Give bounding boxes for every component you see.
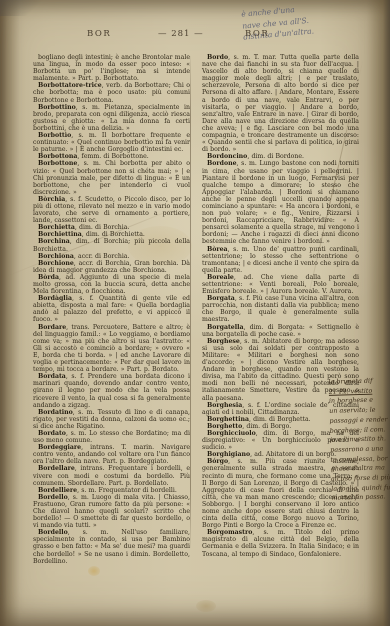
entry-headword: Borgatella <box>207 324 243 331</box>
dictionary-entry: Borbottino, s. m. Pietanza, specialmente… <box>33 104 190 132</box>
dictionary-entry: Bordellare, intrans. Frequentare i borde… <box>33 465 190 486</box>
dictionary-entry: Bordata, s. f. Prendere una bordata dico… <box>33 373 190 408</box>
paper-stain <box>196 600 216 612</box>
handwriting-line: mortal fin passa. <box>331 493 390 504</box>
dictionary-entry: Bordato, s. m. Lo stesso che Bordatino; … <box>33 430 190 444</box>
text-columns: bogliano degli intestini; è anche Bronto… <box>33 54 359 565</box>
entry-headword: Borghesia <box>207 402 242 409</box>
page-number: — 281 — <box>158 29 204 39</box>
dictionary-entry: Bordare, trans. Percuotere, Battere e al… <box>33 324 190 374</box>
dictionary-entry: Borgata, s. f. Più case l'una vicina all… <box>202 295 359 323</box>
scanned-dictionary-page: è anche d'unanave che va all'S.distinta … <box>0 0 390 626</box>
dictionary-entry: Borbottìo, s. m. Il borbottare frequente… <box>33 132 190 153</box>
entry-headword: Bordeggiare <box>38 444 81 451</box>
entry-headword: Borchione <box>38 260 74 267</box>
entry-headword: Bordelliere <box>38 487 77 494</box>
dictionary-entry: Bòrda, ad. Aggiunto di una specie di mel… <box>33 274 190 295</box>
entry-headword: Borchina <box>38 238 70 245</box>
header-keyword-left: BOR <box>87 29 111 39</box>
entry-headword: Borgata <box>207 295 235 302</box>
entry-headword: Bordoncino <box>207 153 247 160</box>
entry-headword: Bordare <box>38 324 66 331</box>
dictionary-entry: Bordelliere, s. m. Frequentator di borde… <box>33 487 190 494</box>
entry-headword: Borghigiano <box>207 451 250 458</box>
entry-headword: Borbottino <box>38 104 76 111</box>
dictionary-entry: Bordoncino, dim. di Bordone. <box>202 153 359 160</box>
dictionary-entry: Bòrchia, s. f. Scudetto, o Piccolo disco… <box>33 196 190 224</box>
dictionary-entry: Borchina, dim. di Borchia; più piccola d… <box>33 238 190 252</box>
entry-headword: Borghetto <box>207 423 242 430</box>
entry-headword: Bordello <box>38 494 68 501</box>
dictionary-entry: Borbottona, femm. di Borbottone. <box>33 153 190 160</box>
entry-headword: Bordello <box>38 529 68 536</box>
entry-headword: Borghese <box>207 338 240 345</box>
dictionary-entry: Borbottone, s. m. Chi borbotta per abito… <box>33 160 190 195</box>
entry-headword: Bordone <box>207 160 237 167</box>
dictionary-entry: Bordatino, s. m. Tessuto di lino e di ca… <box>33 409 190 430</box>
entry-headword: Borbottone <box>38 160 77 167</box>
dictionary-entry: Bordo, s. m. T. mar. Tutta quella parte … <box>202 54 359 153</box>
entry-headword: Boreale <box>207 274 234 281</box>
entry-headword: Borchiona <box>38 253 74 260</box>
dictionary-entry: Borchiettina, dim. di Borchietta. <box>33 231 190 238</box>
entry-headword: Borgomastro <box>207 529 252 536</box>
left-column: bogliano degli intestini; è anche Bronto… <box>33 54 190 565</box>
entry-headword: Borbottatore-trice <box>38 82 102 89</box>
dictionary-entry: Bordàglia, s. f. Quantità di gente vile … <box>33 295 190 323</box>
dictionary-entry: Bordeggiare, intrans. T. marin. Navigare… <box>33 444 190 465</box>
entry-headword: Borbottona <box>38 153 77 160</box>
dictionary-entry: Borchiona, accr. di Borchia. <box>33 253 190 260</box>
entry-headword: Borbottìo <box>38 132 71 139</box>
entry-headword: Bórgo <box>207 458 228 465</box>
entry-headword: Borghettina <box>207 416 249 423</box>
running-header: BOR — 281 — BOR <box>0 29 390 43</box>
entry-headword: Bordàglia <box>38 295 72 302</box>
dictionary-entry: Borchietta, dim. di Borchia. <box>33 224 190 231</box>
scan-corner-shadow <box>0 0 46 16</box>
dictionary-entry: bogliano degli intestini; è anche Bronto… <box>33 54 190 82</box>
entry-headword: Bordata <box>38 373 66 380</box>
entry-headword: Borghicciuolo <box>207 430 256 437</box>
handwritten-margin-note: la bruneta dif21 P.t. vestitoin borghese… <box>328 376 390 504</box>
dictionary-entry: Bordone, s. m. Lungo bastone con nodi to… <box>202 160 359 245</box>
page-edge-shadow <box>383 0 390 626</box>
entry-headword: Borchietta <box>38 224 75 231</box>
entry-headword: Bòrchia <box>38 196 65 203</box>
dictionary-entry: Borgomastro, s. m. Titolo del primo magi… <box>202 529 359 557</box>
dictionary-entry: Borgatella, dim. di Borgata: « Settignel… <box>202 324 359 338</box>
entry-headword: Borchiettina <box>38 231 82 238</box>
dictionary-entry: Bòrea, s. m. Uno de' quattro punti cardi… <box>202 246 359 274</box>
dictionary-entry: Bordello, s. m. Luogo di mala vita. | Ch… <box>33 494 190 529</box>
entry-headword: Bòrda <box>38 274 59 281</box>
dictionary-entry: Borchione, accr. di Borchia, Gran borchi… <box>33 260 190 274</box>
paper-stain <box>88 566 100 576</box>
dictionary-entry: Bordello, s. m. Nell'uso familiare, spec… <box>33 529 190 564</box>
entry-headword: Bòrea <box>207 246 228 253</box>
entry-headword: Bordellare <box>38 465 75 472</box>
entry-headword: Bordatino <box>38 409 73 416</box>
dictionary-entry: Borbottatore-trice, verb. da Borbottare;… <box>33 82 190 103</box>
entry-headword: Bordo <box>207 54 228 61</box>
dictionary-entry: Boreale, ad. Che viene dalla parte di se… <box>202 274 359 295</box>
entry-headword: Bordato <box>38 430 66 437</box>
header-keyword-right: BOR <box>245 29 269 39</box>
